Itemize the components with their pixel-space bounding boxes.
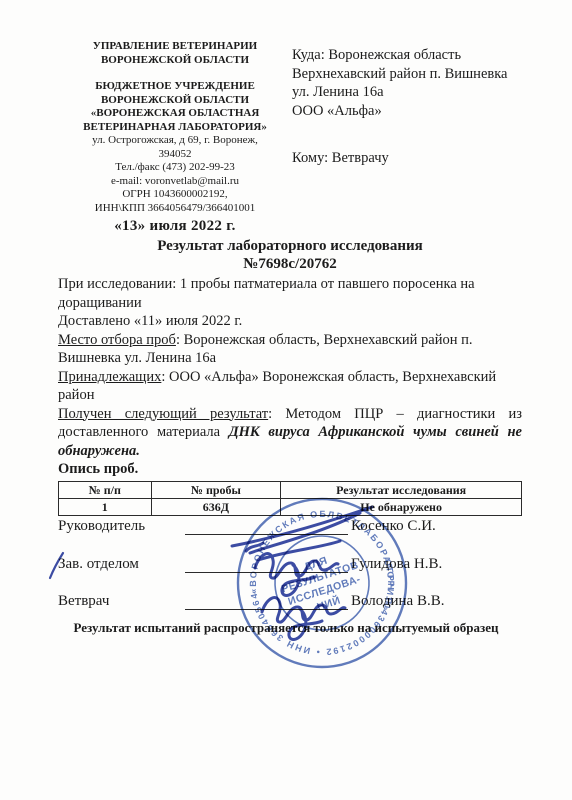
scanned-lab-report-document: УПРАВЛЕНИЕ ВЕТЕРИНАРИИ ВОРОНЕЖСКОЙ ОБЛАС… <box>0 0 572 800</box>
report-title-line1: Результат лабораторного исследования <box>157 238 423 254</box>
result-label: Получен следующий результат <box>58 406 268 422</box>
sender-org-line: ВЕТЕРИНАРНАЯ ЛАБОРАТОРИЯ» <box>55 121 295 135</box>
signature-row-department-head: Зав. отделом Гулидова Н.В. <box>58 556 522 573</box>
paragraph-delivered: Доставлено «11» июля 2022 г. <box>58 312 522 331</box>
owner-label: Принадлежащих <box>58 369 161 385</box>
signature-role: Зав. отделом <box>58 556 185 573</box>
signature-row-veterinarian: Ветврач Володина В.В. <box>58 593 522 610</box>
sender-org-line: БЮДЖЕТНОЕ УЧРЕЖДЕНИЕ <box>55 80 295 94</box>
samples-table: № п/п № пробы Результат исследования 1 6… <box>58 481 522 516</box>
signature-row-director: Руководитель Косенко С.И. <box>58 518 522 535</box>
sampling-place-label: Место отбора проб <box>58 332 176 348</box>
paragraph-sampling-place: Место отбора проб: Воронежская область, … <box>58 331 522 368</box>
sender-address-line: ул. Острогожская, д 69, г. Воронеж, <box>55 134 295 148</box>
table-header-number: № п/п <box>59 481 152 498</box>
paragraph-result: Получен следующий результат: Методом ПЦР… <box>58 405 522 461</box>
sender-address-line: 394052 <box>55 148 295 162</box>
signature-name: Володина В.В. <box>351 593 444 610</box>
paragraph-owner: Принадлежащих: ООО «Альфа» Воронежская о… <box>58 368 522 405</box>
signature-line <box>185 556 348 573</box>
sender-authority-line: ВОРОНЕЖСКОЙ ОБЛАСТИ <box>55 54 295 68</box>
signature-role: Ветврач <box>58 593 185 610</box>
sender-org-line: ВОРОНЕЖСКОЙ ОБЛАСТИ <box>55 94 295 108</box>
sender-org-line: «ВОРОНЕЖСКАЯ ОБЛАСТНАЯ <box>55 107 295 121</box>
table-header-row: № п/п № пробы Результат исследования <box>59 481 522 498</box>
sender-ogrn: ОГРН 1043600002192, <box>55 188 295 202</box>
paragraph-examined: При исследовании: 1 пробы патматериала о… <box>58 275 522 312</box>
sender-block: УПРАВЛЕНИЕ ВЕТЕРИНАРИИ ВОРОНЕЖСКОЙ ОБЛАС… <box>55 40 295 234</box>
recipient-company: ООО «Альфа» <box>292 102 554 121</box>
signature-line <box>185 593 348 610</box>
table-header-sample: № пробы <box>151 481 281 498</box>
footer-disclaimer: Результат испытаний распространяется тол… <box>0 620 572 636</box>
signature-name: Косенко С.И. <box>351 518 436 535</box>
recipient-attention: Кому: Ветврачу <box>292 149 554 168</box>
signature-line <box>185 518 348 535</box>
recipient-address-line: Верхнехавский район п. Вишневка <box>292 65 554 84</box>
sender-email: e-mail: voronvetlab@mail.ru <box>55 175 295 189</box>
recipient-address-line: Куда: Воронежская область <box>292 46 554 65</box>
inventory-heading: Опись проб. <box>58 460 522 479</box>
sender-inn-kpp: ИНН\КПП 3664056479/366401001 <box>55 202 295 216</box>
recipient-address-line: ул. Ленина 16а <box>292 83 554 102</box>
report-number: №7698с/20762 <box>243 256 336 272</box>
report-body: Результат лабораторного исследования №76… <box>58 237 522 516</box>
signature-name: Гулидова Н.В. <box>351 556 442 573</box>
report-title: Результат лабораторного исследования №76… <box>58 237 522 273</box>
recipient-block: Куда: Воронежская область Верхнехавский … <box>292 46 554 168</box>
table-header-result: Результат исследования <box>281 481 522 498</box>
sender-authority-line: УПРАВЛЕНИЕ ВЕТЕРИНАРИИ <box>55 40 295 54</box>
sender-phone: Тел./факс (473) 202-99-23 <box>55 161 295 175</box>
document-date: «13» июля 2022 г. <box>55 220 295 234</box>
signature-role: Руководитель <box>58 518 185 535</box>
